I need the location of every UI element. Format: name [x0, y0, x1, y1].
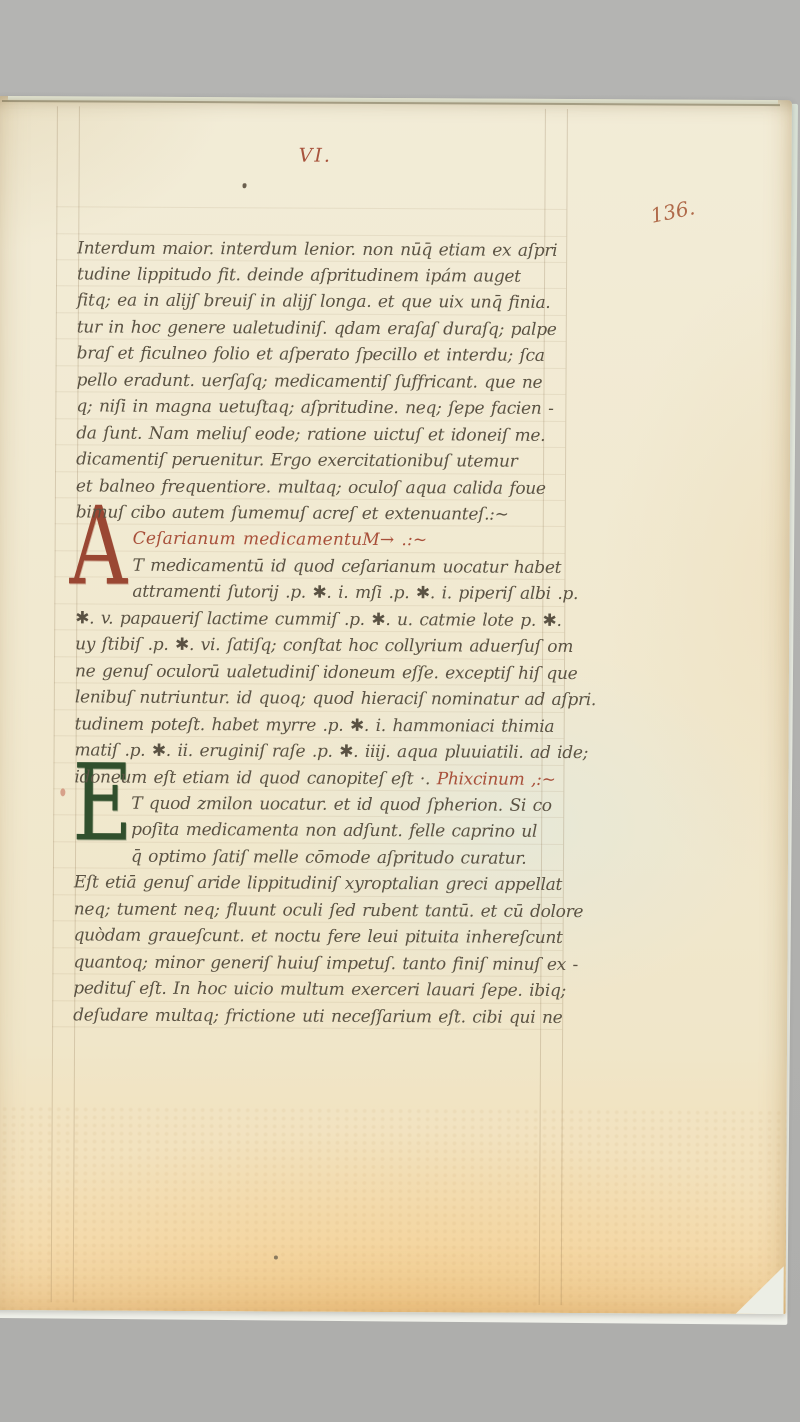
text-line: et balneo frequentiore. multaq; oculoſ a… — [76, 475, 546, 499]
text-line: tudinem poteſt. habet myrre .p. ✱. i. ha… — [75, 713, 555, 738]
parchment-grain — [0, 1106, 787, 1314]
text-line: attramenti ſutorij .p. ✱. i. mſi .p. ✱. … — [132, 581, 578, 605]
text-line: bimuſ cibo autem ſumemuſ acreſ et extenu… — [76, 501, 509, 525]
text-line: lenibuſ nutriuntur. id quoq; quod hierac… — [75, 687, 596, 712]
text-line: idoneum eſt etiam id quod canopiteſ eſt … — [74, 766, 555, 791]
text-line: deſudare multaq; frictione uti neceſſari… — [73, 1004, 562, 1029]
photo-background: { "manuscript": { "chapter_heading": "VI… — [0, 0, 800, 1422]
text-line: fitq; ea in alijſ breuiſ in alijſ longa.… — [77, 290, 551, 314]
text-line: q; niſi in magna uetuſtaq; aſpritudine. … — [76, 396, 553, 420]
text-line: pello eradunt. uerſaſq; medicamentiſ ſuf… — [76, 369, 542, 393]
text-line: T quod zmilon uocatur. et id quod ſpheri… — [131, 793, 552, 817]
text-line: braſ et ficulneo folio et aſperato ſpeci… — [77, 343, 545, 367]
text-line: pedituſ eſt. In hoc uicio multum exercer… — [73, 978, 566, 1003]
text-line: quòdam graueſcunt. et noctu fere leui pi… — [74, 925, 563, 950]
text-line: uy ſtibiſ .p. ✱. vi. ſatiſq; conſtat hoc… — [75, 634, 573, 659]
text-line: ne genuſ oculorū ualetudiniſ idoneum eſſ… — [75, 660, 578, 685]
manuscript-page: VI. 136. A E Interdum maior. interdum le… — [0, 96, 792, 1314]
text-line: T medicamentū id quod ceſarianum uocatur… — [132, 555, 561, 579]
text-line: quantoq; minor generiſ huiuſ impetuſ. ta… — [73, 951, 578, 976]
text-line: tudine lippitudo fit. deinde aſpritudine… — [77, 263, 521, 287]
text-line: q̄ optimo ſatiſ melle cōmode aſpritudo c… — [131, 846, 526, 870]
text-line: Interdum maior. interdum lenior. non nūq… — [77, 237, 557, 262]
text-line: tur in hoc genere ualetudiniſ. qdam eraſ… — [77, 316, 557, 341]
text-line: dicamentiſ peruenitur. Ergo exercitation… — [76, 449, 517, 473]
section-rubric: Phixcinum ,:~ — [437, 769, 556, 790]
text-line: matiſ .p. ✱. ii. eruginiſ raſe .p. ✱. ii… — [75, 739, 589, 764]
rubric-line: Ceſarianum medicamentuM→ .:~ — [133, 528, 428, 552]
text-line: poſita medicamenta non adſunt. felle cap… — [131, 819, 537, 843]
text-line: neq; tument neq; fluunt oculi ſed rubent… — [74, 898, 584, 923]
text-line: ✱. v. papaueriſ lactime cummiſ .p. ✱. u.… — [75, 607, 561, 632]
text-line: Eſt etiā genuſ aride lippitudiniſ xyropt… — [74, 872, 562, 897]
text-line: da ſunt. Nam meliuſ eode; ratione uictuſ… — [76, 422, 545, 446]
